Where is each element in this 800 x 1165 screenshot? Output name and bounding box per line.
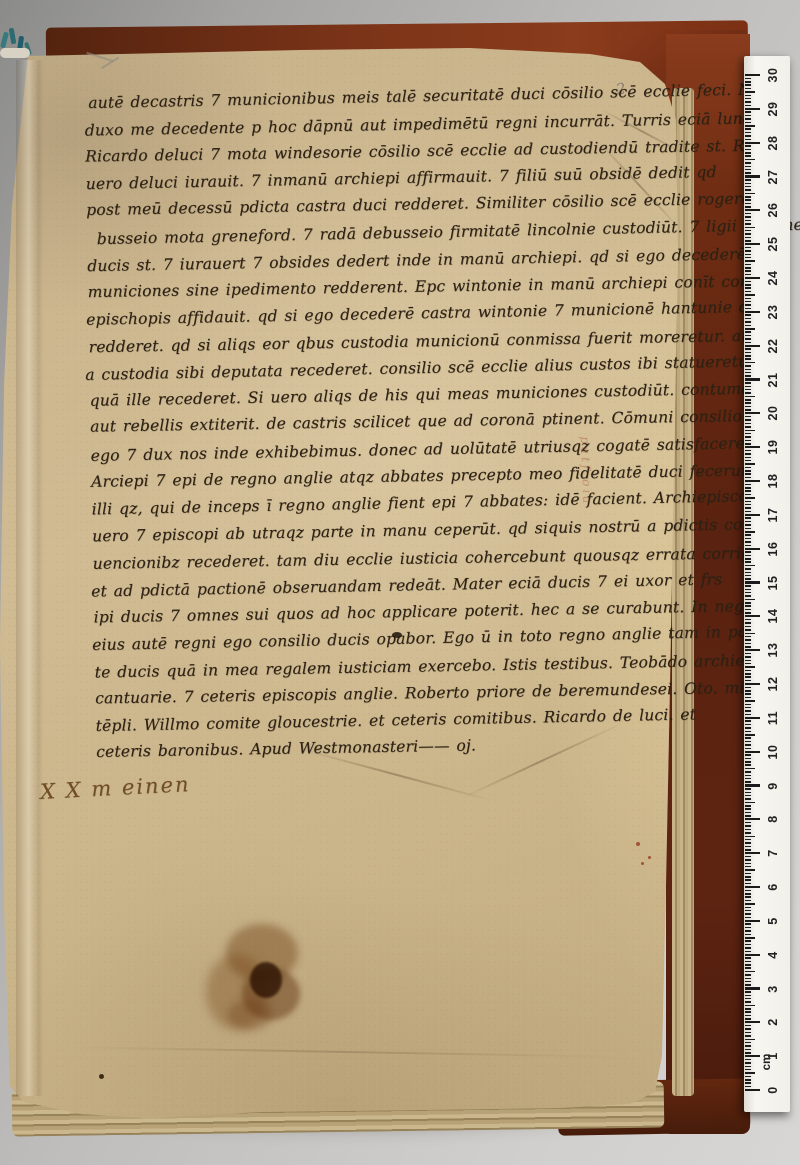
ruler-tick	[745, 1015, 751, 1017]
ruler-tick	[745, 1011, 751, 1013]
wormhole	[99, 1074, 104, 1079]
ruler-tick	[745, 213, 751, 215]
ruler-tick	[745, 1018, 751, 1020]
ruler-tick	[745, 900, 751, 902]
ruler-tick	[745, 240, 751, 242]
ruler-tick	[745, 1032, 751, 1034]
ruler-tick	[745, 1049, 751, 1051]
ruler-number: 27	[766, 162, 780, 192]
ruler-tick	[745, 697, 751, 699]
ruler-number: 15	[766, 568, 780, 598]
ruler-tick	[745, 328, 755, 330]
ruler-tick	[745, 920, 760, 922]
ruler-tick	[745, 1066, 751, 1068]
ruler-tick	[745, 876, 751, 878]
ruler-tick	[745, 281, 751, 283]
ruler-tick	[745, 480, 760, 482]
ruler-tick	[745, 795, 751, 797]
ruler-tick	[745, 978, 751, 980]
ruler-tick	[745, 734, 755, 736]
ruler-number: 2	[766, 1007, 780, 1037]
ruler-tick	[745, 633, 755, 635]
ruler-tick	[745, 724, 751, 726]
ruler-tick	[745, 602, 751, 604]
ruler-tick	[745, 446, 760, 448]
ruler-tick	[745, 1086, 751, 1088]
ruler-tick	[745, 629, 751, 631]
speck	[648, 856, 651, 859]
ruler-tick	[745, 230, 751, 232]
ruler-tick	[745, 287, 751, 289]
ruler-tick	[745, 264, 751, 266]
ruler-number: 18	[766, 466, 780, 496]
ruler-tick	[745, 917, 751, 919]
ruler-tick	[745, 223, 751, 225]
ruler-tick	[745, 514, 760, 516]
ruler-tick	[745, 1069, 751, 1071]
ruler-tick	[745, 825, 751, 827]
ruler-tick	[745, 125, 755, 127]
ruler-tick	[745, 1008, 751, 1010]
ruler-tick	[745, 998, 751, 1000]
ruler-tick	[745, 798, 751, 800]
ruler-tick	[745, 108, 760, 110]
ruler-tick	[745, 311, 760, 313]
ruler-tick	[745, 352, 751, 354]
ruler-number: 0	[766, 1075, 780, 1105]
ruler-tick	[745, 453, 751, 455]
ruler-number: 10	[766, 737, 780, 767]
ruler-tick	[745, 869, 755, 871]
ruler-tick	[745, 829, 751, 831]
ruler-tick	[745, 440, 751, 442]
ruler-tick	[745, 389, 751, 391]
ruler-tick	[745, 923, 751, 925]
ruler-tick	[745, 717, 760, 719]
ruler-tick	[745, 581, 760, 583]
ruler-tick	[745, 626, 751, 628]
ruler-tick	[745, 436, 751, 438]
ruler-tick	[745, 646, 751, 648]
ruler-tick	[745, 673, 751, 675]
ruler-tick	[745, 981, 751, 983]
ruler-tick	[745, 1089, 760, 1091]
ruler-tick	[745, 199, 751, 201]
ruler-tick	[745, 676, 751, 678]
ruler-tick	[745, 802, 755, 804]
ruler-number: 8	[766, 804, 780, 834]
ruler-tick	[745, 1082, 751, 1084]
ruler-tick	[745, 467, 751, 469]
ruler-tick	[745, 1042, 751, 1044]
ruler-tick	[745, 149, 751, 151]
ruler-tick	[745, 775, 751, 777]
ruler-tick	[745, 913, 751, 915]
ruler-tick	[745, 859, 751, 861]
ruler-tick	[745, 433, 751, 435]
ruler-tick	[745, 612, 751, 614]
ruler-number: 1	[766, 1041, 780, 1071]
ruler-tick	[745, 159, 755, 161]
ruler-tick	[745, 463, 755, 465]
ruler-number: 30	[766, 60, 780, 90]
ruler-tick	[745, 155, 751, 157]
ruler-tick	[745, 396, 755, 398]
ruler-tick	[745, 145, 751, 147]
ruler-tick	[745, 737, 751, 739]
ruler-tick	[745, 832, 751, 834]
ruler-tick	[745, 538, 751, 540]
endband-thread	[0, 32, 9, 49]
ruler-tick	[745, 227, 755, 229]
ruler-tick	[745, 128, 751, 130]
ruler-tick	[745, 1045, 751, 1047]
ruler-tick	[745, 778, 751, 780]
ruler-tick	[745, 947, 751, 949]
ruler-tick	[745, 1076, 751, 1078]
ruler-tick	[745, 1005, 755, 1007]
ruler-tick	[745, 206, 751, 208]
ruler-tick	[745, 605, 751, 607]
ruler-tick	[745, 115, 751, 117]
ruler-tick	[745, 890, 751, 892]
ruler-tick	[745, 967, 751, 969]
ruler-tick	[745, 132, 751, 134]
ruler-tick	[745, 961, 751, 963]
endband	[0, 48, 30, 58]
ink-stain	[198, 912, 338, 1042]
ruler-tick	[745, 771, 751, 773]
ruler-tick	[745, 896, 751, 898]
stain-blob	[228, 1000, 272, 1030]
ruler-tick	[745, 254, 751, 256]
ruler-number: 16	[766, 534, 780, 564]
ruler-tick	[745, 565, 755, 567]
ruler-tick	[745, 233, 751, 235]
ruler-tick	[745, 152, 751, 154]
ruler-tick	[745, 274, 751, 276]
ruler-tick	[745, 409, 751, 411]
ruler-tick	[745, 568, 751, 570]
ruler-tick	[745, 81, 751, 83]
ruler-tick	[745, 615, 760, 617]
ruler-tick	[745, 372, 751, 374]
ruler-tick	[745, 609, 751, 611]
ruler-tick	[745, 995, 751, 997]
ruler-tick	[745, 991, 751, 993]
ruler-number: 14	[766, 601, 780, 631]
ruler-tick	[745, 139, 751, 141]
ruler-tick	[745, 88, 751, 90]
ruler-tick	[745, 649, 760, 651]
ruler-tick	[745, 216, 751, 218]
ruler-tick	[745, 473, 751, 475]
ruler-tick	[745, 250, 751, 252]
ruler-tick	[745, 382, 751, 384]
ruler-tick	[745, 656, 751, 658]
ruler-tick	[745, 700, 755, 702]
ruler-tick	[745, 541, 751, 543]
ruler-tick	[745, 653, 751, 655]
ruler-tick	[745, 203, 751, 205]
ruler-tick	[745, 599, 755, 601]
ruler-tick	[745, 179, 751, 181]
ruler-tick	[745, 247, 751, 249]
ruler-tick	[745, 1079, 751, 1081]
ruler-tick	[745, 974, 751, 976]
ruler-number: 23	[766, 297, 780, 327]
ruler-tick	[745, 450, 751, 452]
ruler-tick	[745, 839, 751, 841]
ruler-tick	[745, 558, 751, 560]
ruler-tick	[745, 930, 751, 932]
ruler-tick	[745, 937, 755, 939]
ruler-tick	[745, 193, 755, 195]
ruler-tick	[745, 886, 760, 888]
ruler-tick	[745, 220, 751, 222]
ruler-tick	[745, 1028, 751, 1030]
ruler-tick	[745, 430, 755, 432]
ruler-tick	[745, 175, 760, 177]
ruler-tick	[745, 683, 760, 685]
ruler-tick	[745, 355, 751, 357]
ruler-tick	[745, 162, 751, 164]
ruler-tick	[745, 399, 751, 401]
ruler-tick	[745, 501, 751, 503]
ruler-tick	[745, 578, 751, 580]
ruler-tick	[745, 812, 751, 814]
ruler-tick	[745, 74, 760, 76]
ruler-tick	[745, 294, 755, 296]
ruler-tick	[745, 636, 751, 638]
ruler-tick	[745, 710, 751, 712]
ruler-tick	[745, 954, 760, 956]
ink-smudge	[392, 632, 402, 638]
ruler-tick	[745, 856, 751, 858]
ruler-tick	[745, 534, 751, 536]
ruler-tick	[745, 342, 751, 344]
ruler-tick	[745, 531, 755, 533]
ruler-tick	[745, 879, 751, 881]
manuscript-photograph: 2 autē decastris 7 municionibus meis tal…	[0, 0, 800, 1165]
ruler-tick	[745, 470, 751, 472]
ruler-tick	[745, 818, 760, 820]
ruler-tick	[745, 781, 751, 783]
ruler-tick	[745, 907, 751, 909]
speck	[641, 862, 644, 865]
ruler-tick	[745, 142, 760, 144]
ruler-tick	[745, 507, 751, 509]
ruler-tick	[745, 704, 751, 706]
ruler-tick	[745, 105, 751, 107]
ruler-tick	[745, 186, 751, 188]
ruler-tick	[745, 412, 760, 414]
ruler-number: 20	[766, 398, 780, 428]
ruler-tick	[745, 419, 751, 421]
ruler-tick	[745, 304, 751, 306]
ruler-tick	[745, 497, 755, 499]
ruler-tick	[745, 369, 751, 371]
ruler-tick	[745, 277, 760, 279]
ruler-tick	[745, 423, 751, 425]
ruler-tick	[745, 761, 751, 763]
ruler-tick	[745, 78, 751, 80]
stain-core	[250, 962, 282, 998]
ruler-tick	[745, 84, 751, 86]
ruler-tick	[745, 1059, 751, 1061]
ruler-tick	[745, 808, 751, 810]
ruler-tick	[745, 707, 751, 709]
ruler-number: 28	[766, 128, 780, 158]
ruler-tick	[745, 101, 751, 103]
ruler-tick	[745, 348, 751, 350]
ruler-number: 12	[766, 669, 780, 699]
ruler-tick	[745, 118, 751, 120]
ruler-tick	[745, 555, 751, 557]
ruler-tick	[745, 754, 751, 756]
ruler-tick	[745, 589, 751, 591]
ruler-number: 25	[766, 229, 780, 259]
ruler-tick	[745, 927, 751, 929]
ruler-tick	[745, 940, 751, 942]
ruler-tick	[745, 95, 751, 97]
ruler-tick	[745, 484, 751, 486]
marginalia-offset-text: patſ oıa	[578, 436, 594, 507]
ruler-tick	[745, 209, 760, 211]
ruler-tick	[745, 301, 751, 303]
ruler-tick	[745, 298, 751, 300]
ruler-tick	[745, 893, 751, 895]
ruler-tick	[745, 693, 751, 695]
ruler-tick	[745, 815, 751, 817]
ruler-tick	[745, 619, 751, 621]
ruler-tick	[745, 788, 751, 790]
ruler-tick	[745, 910, 751, 912]
ruler-tick	[745, 260, 755, 262]
ruler-tick	[745, 1021, 760, 1023]
ruler-number: 3	[766, 974, 780, 1004]
ruler-tick	[745, 751, 760, 753]
ruler-tick	[745, 585, 751, 587]
ruler-tick	[745, 166, 751, 168]
ruler-tick	[745, 494, 751, 496]
ruler-tick	[745, 331, 751, 333]
ruler-tick	[745, 521, 751, 523]
ruler-tick	[745, 687, 751, 689]
ruler-tick	[745, 663, 751, 665]
ruler-tick	[745, 504, 751, 506]
ruler-tick	[745, 386, 751, 388]
ruler-number: 13	[766, 635, 780, 665]
ruler-tick	[745, 852, 760, 854]
ruler-number: 4	[766, 940, 780, 970]
ruler-tick	[745, 670, 751, 672]
ruler-tick	[745, 971, 755, 973]
ruler-tick	[745, 784, 760, 786]
ruler-tick	[745, 169, 751, 171]
ruler-tick	[745, 545, 751, 547]
ruler-tick	[745, 714, 751, 716]
ruler-number: 9	[766, 771, 780, 801]
ruler-tick	[745, 744, 751, 746]
ruler-tick	[745, 426, 751, 428]
ruler-tick	[745, 1055, 760, 1057]
ruler-tick	[745, 122, 751, 124]
ruler-tick	[745, 511, 751, 513]
ruler-number: 22	[766, 331, 780, 361]
ruler-tick	[745, 1001, 751, 1003]
ruler-number: 11	[766, 703, 780, 733]
ruler-number: 24	[766, 263, 780, 293]
ruler-tick	[745, 575, 751, 577]
ruler-tick	[745, 572, 751, 574]
ruler-tick	[745, 392, 751, 394]
ruler-tick	[745, 643, 751, 645]
ruler-number: 21	[766, 365, 780, 395]
ruler-tick	[745, 842, 751, 844]
ruler-tick	[745, 660, 751, 662]
ruler-tick	[745, 1052, 751, 1054]
ruler-tick	[745, 524, 751, 526]
ruler-tick	[745, 314, 751, 316]
ruler-tick	[745, 984, 751, 986]
ruler-tick	[745, 308, 751, 310]
ruler-tick	[745, 172, 751, 174]
ruler-tick	[745, 291, 751, 293]
ruler-tick	[745, 321, 751, 323]
ruler-tick	[745, 335, 751, 337]
page-fold-left	[16, 60, 44, 1096]
ruler-tick	[745, 196, 751, 198]
ruler-tick	[745, 883, 751, 885]
ruler-tick	[745, 270, 751, 272]
ruler-tick	[745, 595, 751, 597]
ruler-tick	[745, 1072, 755, 1074]
ruler-tick	[745, 866, 751, 868]
ruler-tick	[745, 237, 751, 239]
ruler-tick	[745, 98, 751, 100]
ruler-tick	[745, 135, 751, 137]
ruler-tick	[745, 764, 751, 766]
ruler-tick	[745, 741, 751, 743]
ruler-tick	[745, 477, 751, 479]
ruler-tick	[745, 267, 751, 269]
ruler-tick	[745, 690, 751, 692]
manuscript-text-block: autē decastris 7 municionibus meis talē …	[84, 78, 761, 767]
ruler-number: 6	[766, 872, 780, 902]
ruler-tick	[745, 378, 760, 380]
ruler-tick	[745, 183, 751, 185]
ruler-tick	[745, 731, 751, 733]
ruler-tick	[745, 758, 751, 760]
ruler-tick	[745, 792, 751, 794]
ruler-tick	[745, 822, 751, 824]
ruler-tick	[745, 903, 755, 905]
ruler-tick	[745, 362, 755, 364]
ruler-tick	[745, 951, 751, 953]
ruler-tick	[745, 517, 751, 519]
ruler-tick	[745, 345, 760, 347]
ruler-tick	[745, 189, 751, 191]
ruler-tick	[745, 284, 751, 286]
ruler-tick	[745, 680, 751, 682]
ruler-tick	[745, 1039, 755, 1041]
ruler-tick	[745, 528, 751, 530]
ruler-tick	[745, 548, 760, 550]
ruler-tick	[745, 944, 751, 946]
ruler-tick	[745, 849, 751, 851]
ruler-number: 26	[766, 195, 780, 225]
